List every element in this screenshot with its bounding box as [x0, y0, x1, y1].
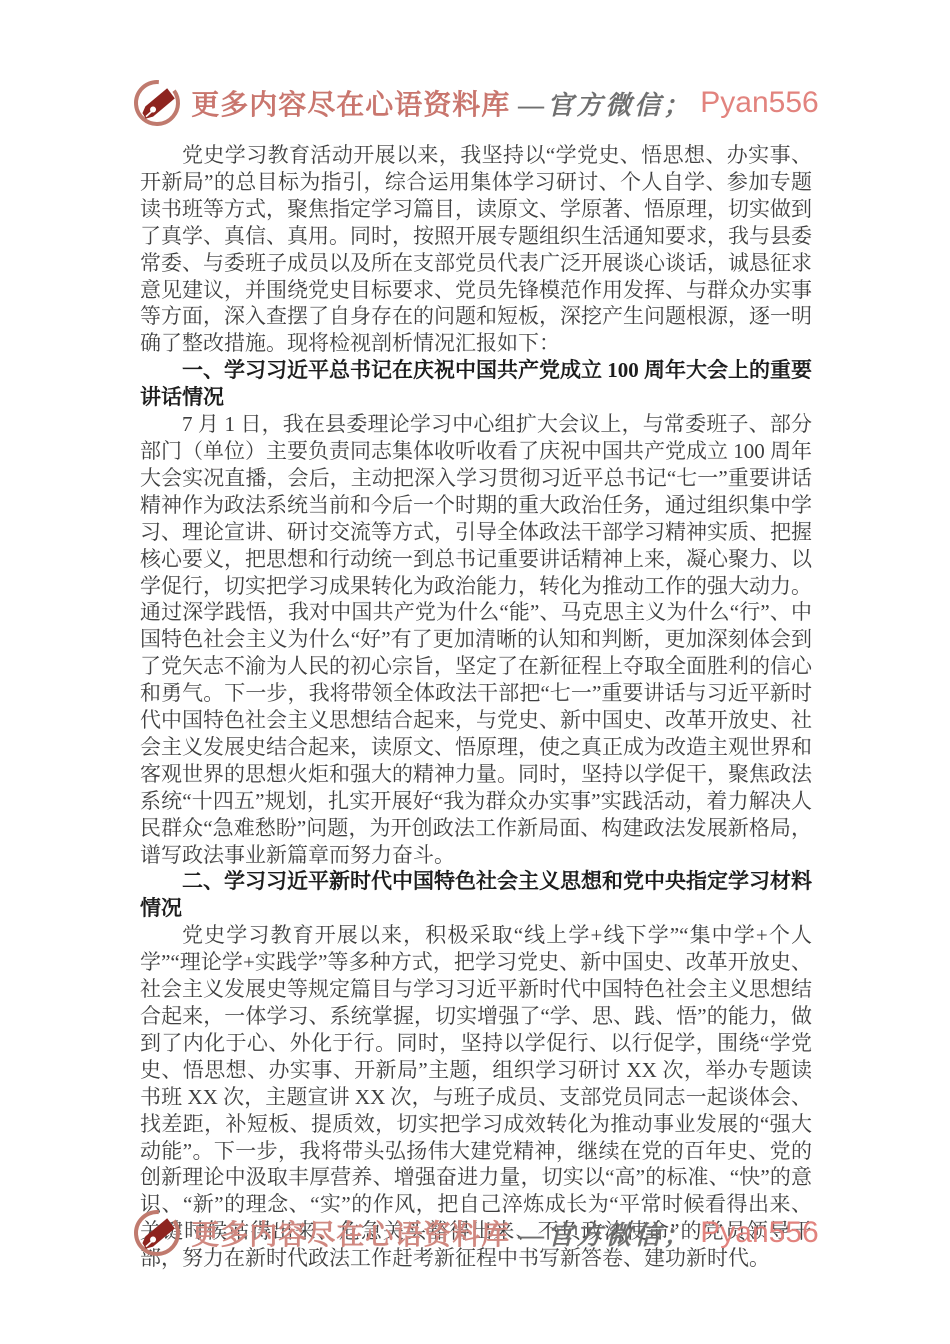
brand-text: 更多内容尽在心语资料库 [191, 83, 510, 123]
section-heading: 二、学习习近平新时代中国特色社会主义思想和党中央指定学习材料情况 [140, 868, 812, 922]
pen-logo-icon [131, 77, 183, 129]
brand-text: 更多内容尽在心语资料库 [191, 1213, 510, 1253]
wechat-label: —官方微信； [518, 85, 692, 122]
wechat-id: Pyan556 [700, 1216, 818, 1250]
wechat-label: —官方微信； [518, 1215, 692, 1252]
document-page: 更多内容尽在心语资料库 —官方微信； Pyan556 党史学习教育活动开展以来，… [0, 0, 950, 1344]
document-body: 党史学习教育活动开展以来，我坚持以“学党史、悟思想、办实事、开新局”的总目标为指… [140, 142, 812, 1272]
footer-watermark: 更多内容尽在心语资料库 —官方微信； Pyan556 [0, 1204, 950, 1262]
wechat-id: Pyan556 [700, 86, 818, 120]
paragraph: 7 月 1 日，我在县委理论学习中心组扩大会议上，与常委班子、部分部门（单位）主… [140, 411, 812, 868]
pen-logo-icon [131, 1207, 183, 1259]
paragraph: 党史学习教育活动开展以来，我坚持以“学党史、悟思想、办实事、开新局”的总目标为指… [140, 142, 812, 357]
header-watermark: 更多内容尽在心语资料库 —官方微信； Pyan556 [0, 74, 950, 132]
section-heading: 一、学习习近平总书记在庆祝中国共产党成立 100 周年大会上的重要讲话情况 [140, 357, 812, 411]
